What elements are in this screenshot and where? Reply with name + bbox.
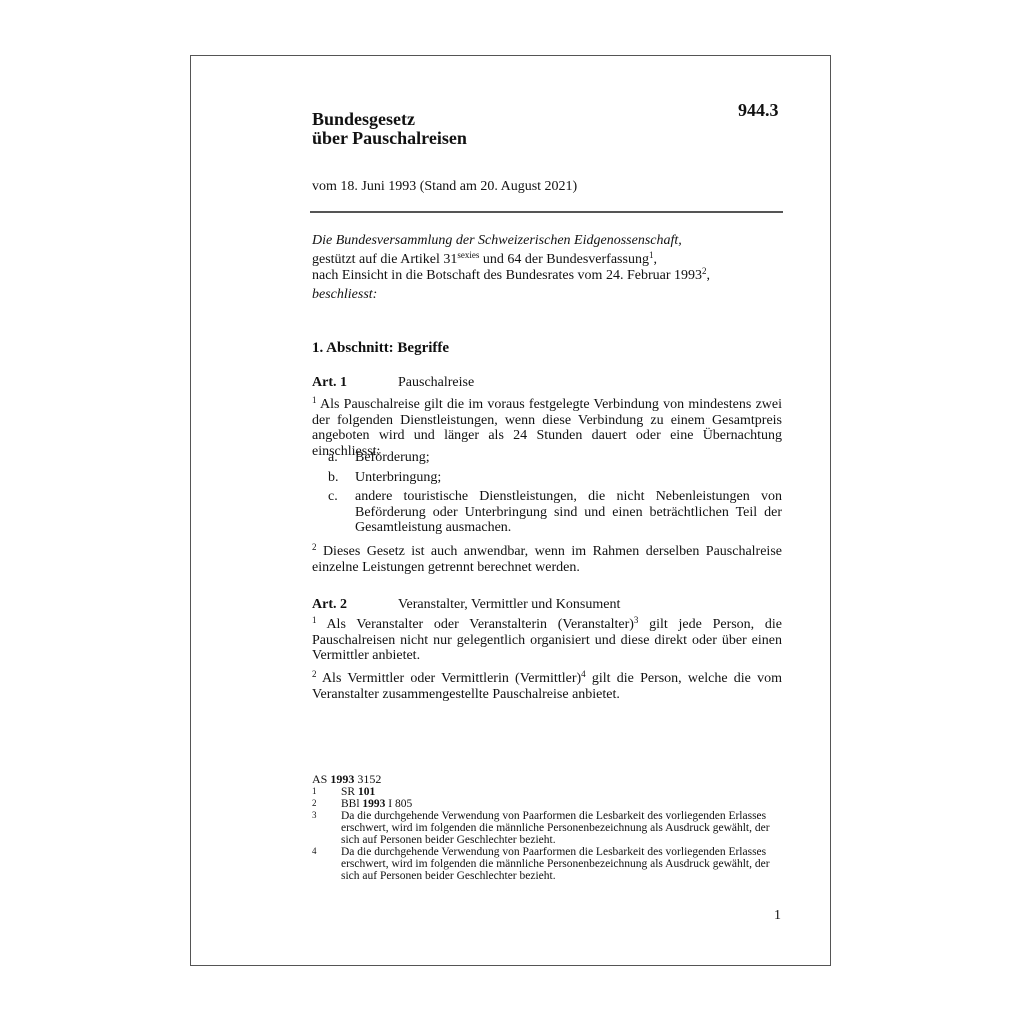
header-divider xyxy=(310,211,783,213)
as-page: 3152 xyxy=(354,772,381,786)
article-2-paragraph-1: 1 Als Veranstalter oder Veranstalterin (… xyxy=(312,617,782,664)
footnote-text-end: I 805 xyxy=(385,798,412,810)
preamble-message: nach Einsicht in die Botschaft des Bunde… xyxy=(312,268,782,284)
list-item: a. Beförderung; xyxy=(312,450,782,466)
footnote-text: Da die durchgehende Verwendung von Paarf… xyxy=(341,846,782,882)
footnote-bold: 101 xyxy=(358,786,375,798)
list-text: andere touristische Dienstleistungen, di… xyxy=(355,489,782,536)
list-text: Unterbringung; xyxy=(355,470,782,486)
preamble-decides: beschliesst: xyxy=(312,287,782,303)
title-line-1: Bundesgesetz xyxy=(312,110,467,129)
footnote-1: 1 SR 101 xyxy=(312,786,782,798)
article-2-paragraph-2: 2 Als Vermittler oder Vermittlerin (Verm… xyxy=(312,671,782,702)
footnote-mark: 2 xyxy=(312,798,341,810)
basis-superscript: sexies xyxy=(457,250,479,260)
title-line-2: über Pauschalreisen xyxy=(312,129,467,148)
official-compilation-ref: AS 1993 3152 xyxy=(312,773,782,785)
footnote-mark: 4 xyxy=(312,846,341,882)
footnote-text: SR xyxy=(341,786,358,798)
list-item: b. Unterbringung; xyxy=(312,470,782,486)
preamble-basis: gestützt auf die Artikel 31sexies und 64… xyxy=(312,252,782,268)
footnote-2: 2 BBl 1993 I 805 xyxy=(312,798,782,810)
footnote-text: BBl xyxy=(341,798,362,810)
footnote-mark: 3 xyxy=(312,810,341,846)
list-letter: c. xyxy=(312,489,355,536)
footnote-bold: 1993 xyxy=(362,798,385,810)
article-1-title: Pauschalreise xyxy=(398,375,474,390)
list-letter: b. xyxy=(312,470,355,486)
as-year: 1993 xyxy=(330,772,354,786)
article-1-heading: Art. 1Pauschalreise xyxy=(312,375,782,391)
footnote-3: 3 Da die durchgehende Verwendung von Paa… xyxy=(312,810,782,846)
list-item: c. andere touristische Dienstleistungen,… xyxy=(312,489,782,536)
as-prefix: AS xyxy=(312,772,330,786)
date-line: vom 18. Juni 1993 (Stand am 20. August 2… xyxy=(312,179,577,195)
article-2-number: Art. 2 xyxy=(312,597,398,613)
basis-text-cont: und 64 der Bundesverfassung xyxy=(479,252,649,267)
list-text: Beförderung; xyxy=(355,450,782,466)
footnotes: AS 1993 3152 1 SR 101 2 BBl 1993 I 805 3… xyxy=(312,773,782,882)
section-heading: 1. Abschnitt: Begriffe xyxy=(312,340,449,357)
basis-end: , xyxy=(653,252,657,267)
article-1-number: Art. 1 xyxy=(312,375,398,391)
message-end: , xyxy=(706,268,710,283)
paragraph-text: Als Veranstalter oder Veranstalterin (Ve… xyxy=(317,617,634,632)
footnote-mark: 1 xyxy=(312,786,341,798)
message-text: nach Einsicht in die Botschaft des Bunde… xyxy=(312,268,702,283)
article-1-list: a. Beförderung; b. Unterbringung; c. and… xyxy=(312,450,782,540)
preamble: Die Bundesversammlung der Schweizerische… xyxy=(312,233,782,303)
list-letter: a. xyxy=(312,450,355,466)
sr-number: 944.3 xyxy=(738,100,779,121)
document-title: Bundesgesetz über Pauschalreisen xyxy=(312,110,467,148)
paragraph-text: Als Vermittler oder Vermittlerin (Vermit… xyxy=(317,671,582,686)
footnote-text: Da die durchgehende Verwendung von Paarf… xyxy=(341,810,782,846)
article-2-title: Veranstalter, Vermittler und Konsument xyxy=(398,597,620,612)
preamble-authority: Die Bundesversammlung der Schweizerische… xyxy=(312,233,782,249)
article-2-heading: Art. 2Veranstalter, Vermittler und Konsu… xyxy=(312,597,782,613)
basis-text: gestützt auf die Artikel 31 xyxy=(312,252,457,267)
footnote-4: 4 Da die durchgehende Verwendung von Paa… xyxy=(312,846,782,882)
paragraph-text: Dieses Gesetz ist auch anwendbar, wenn i… xyxy=(312,544,782,575)
article-1-paragraph-2: 2 Dieses Gesetz ist auch anwendbar, wenn… xyxy=(312,544,782,575)
page-number: 1 xyxy=(774,908,781,924)
